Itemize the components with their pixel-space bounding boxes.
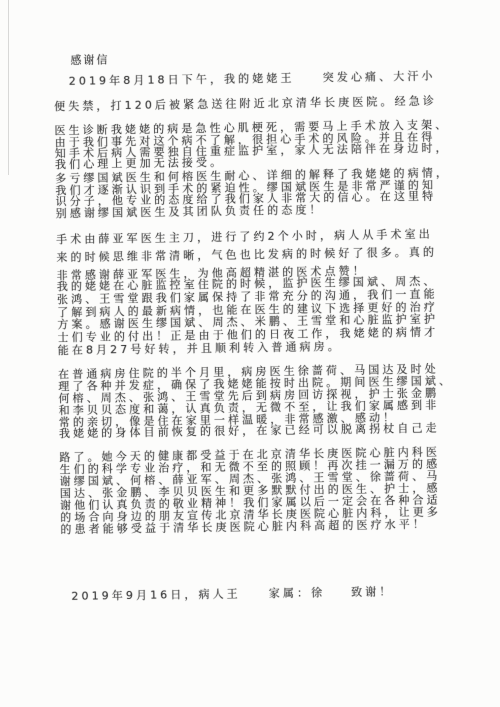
signature-date-patient: 2019年9月16日，病人王 [71, 585, 241, 604]
signature-family: 家属：徐 [269, 584, 326, 601]
signature-line: 2019年9月16日，病人王家属：徐致谢！ [71, 583, 393, 604]
paragraph-icu: 我的姥姥在心脏监控室住院的时候，监护医生缪国斌、周杰、 张鸿、王雪堂跟我们家属保… [57, 275, 439, 357]
signature-closing: 致谢！ [351, 583, 394, 600]
scan-edge-artifact [8, 0, 9, 175]
scanned-letter-page: 感谢信 2019年8月18日下午，我的姥姥王 突发心痛、大汗小 便失禁，打120… [0, 0, 500, 707]
paragraph-worries: 由于我们事先对这个病不了解，很担心手术的风险。并且在得 知手术后病人需要独自住重… [55, 131, 450, 170]
letter-title-text: 感谢信 [70, 51, 109, 68]
paragraph-general-ward: 在普通病房住院的半个月里，病房医生徐蔷荷、马国达及时处 理了各种并发症，确保了我… [58, 363, 454, 428]
letter-content: 感谢信 2019年8月18日下午，我的姥姥王 突发心痛、大汗小 便失禁，打120… [53, 0, 465, 707]
letter-title: 感谢信 [70, 51, 109, 68]
paragraph-doctor-explanation: 多亏缪国斌医生和何榕医生耐心、详细的解释了我姥姥的病情， 我们才逐渐认识到手术的… [55, 167, 450, 219]
paragraph-recovery-thanks: 路了。她今天的健康都受益于在北京清华长庚医院心脏内科医 生们的科学专业治疗，和无… [59, 446, 441, 536]
